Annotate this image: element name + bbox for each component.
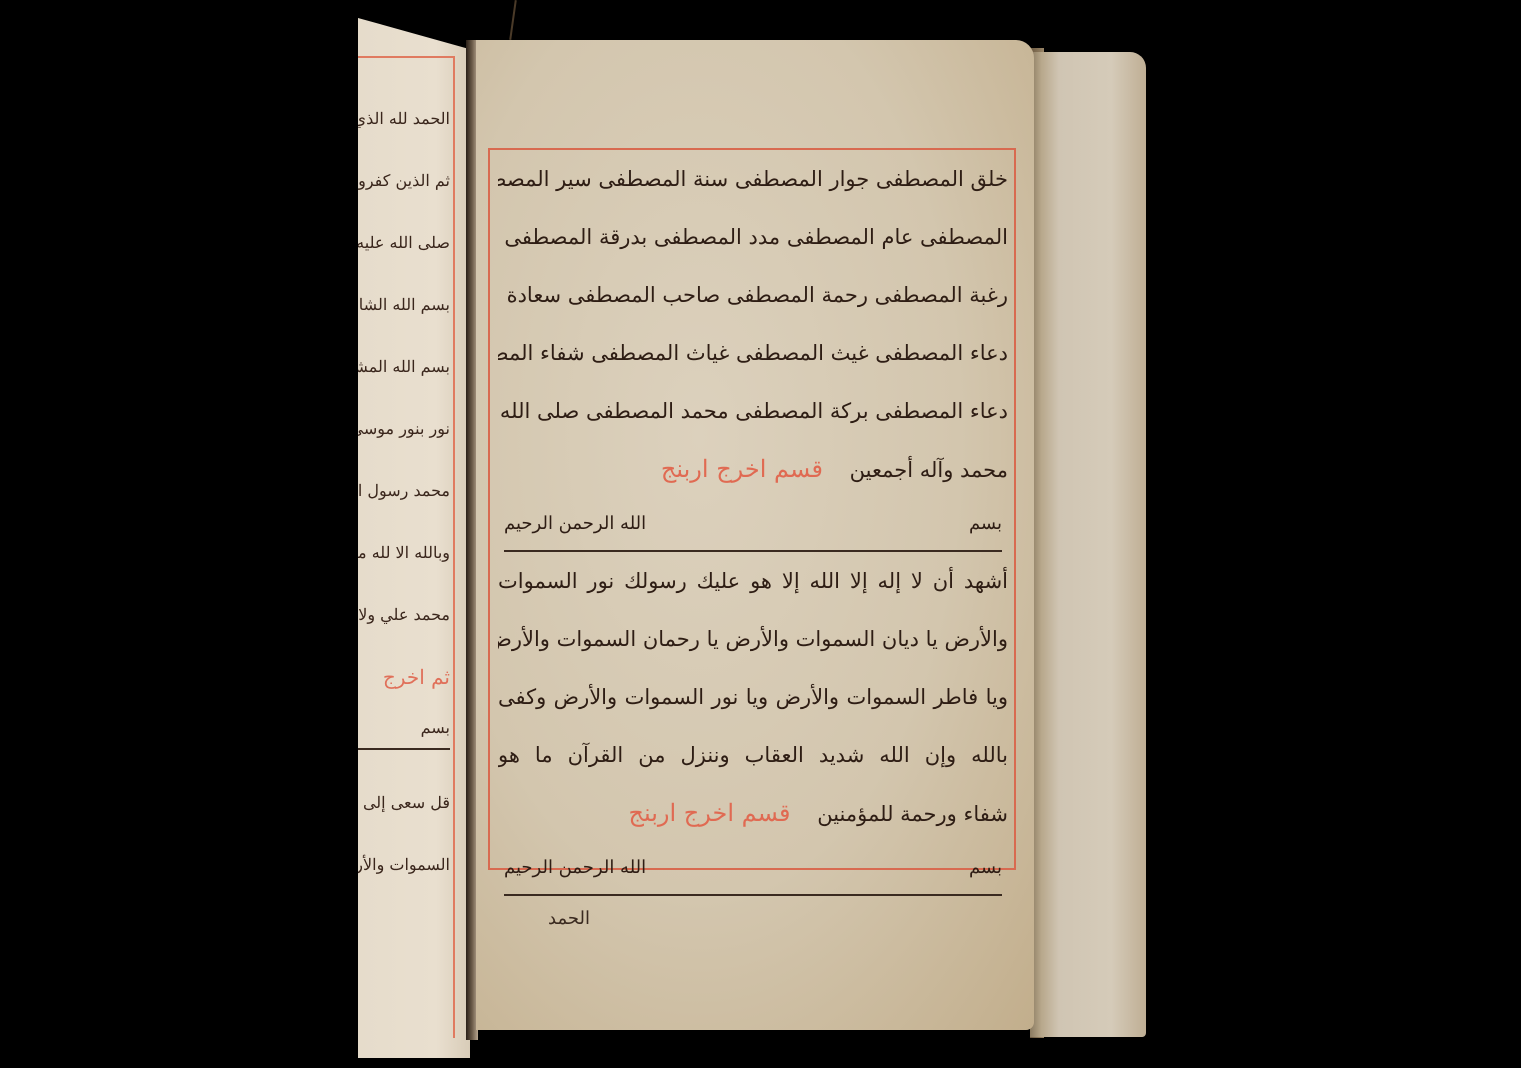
rubric-heading: قسم اخرج اربنج (661, 455, 823, 483)
left-line: بسم الله الشافي بسم (358, 274, 450, 336)
closing-line: محمد وآله أجمعين قسم اخرج اربنج (498, 440, 1008, 498)
text-line: دعاء المصطفى غيث المصطفى غياث المصطفى شف… (498, 324, 1008, 382)
left-line: محمد علي ولا حول ولا (358, 584, 450, 646)
text-line: دعاء المصطفى بركة المصطفى محمد المصطفى ص… (498, 382, 1008, 440)
text-line: خلق المصطفى جوار المصطفى سنة المصطفى سير… (498, 150, 1008, 208)
left-line: الحمد لله الذي خلق السموات (358, 88, 450, 150)
text-line: بالله وإن الله شديد العقاب وننزل من القر… (498, 726, 1008, 784)
left-line: بسم الله المشافي بسم (358, 336, 450, 398)
left-page-text: الحمد لله الذي خلق السموات ثم الذين كفرو… (358, 88, 450, 896)
text-line: ويا فاطر السموات والأرض ويا نور السموات … (498, 668, 1008, 726)
basmala-end: الله الرحمن الرحيم (504, 842, 646, 894)
page-stack (1030, 52, 1146, 1037)
left-line: السموات والأرض (358, 834, 450, 896)
left-line: ثم الذين كفروا بربهم يعدلون (358, 150, 450, 212)
text-line: أشهد أن لا إله إلا الله إلا هو عليك رسول… (498, 552, 1008, 610)
left-manuscript-page: الحمد لله الذي خلق السموات ثم الذين كفرو… (358, 18, 470, 1058)
main-text-block: خلق المصطفى جوار المصطفى سنة المصطفى سير… (498, 150, 1008, 896)
text-line: رغبة المصطفى رحمة المصطفى صاحب المصطفى س… (498, 266, 1008, 324)
basmala-start: بسم (969, 842, 1002, 894)
text-line: والأرض يا ديان السموات والأرض يا رحمان ا… (498, 610, 1008, 668)
left-line: بسم (358, 708, 450, 750)
left-line: صلى الله عليه وسلم ابسم (358, 212, 450, 274)
left-line: وبالله الا لله محمد المصطفى (358, 522, 450, 584)
basmala-line: بسم الله الرحمن الرحيم (504, 498, 1002, 552)
text-line: المصطفى عام المصطفى مدد المصطفى بدرقة ال… (498, 208, 1008, 266)
catchword: الحمد (548, 908, 590, 929)
left-rubric-line: ثم اخرج (358, 646, 450, 708)
basmala-start: بسم (969, 498, 1002, 550)
rubric-heading: قسم اخرج اربنج (629, 799, 791, 827)
closing-text: شفاء ورحمة للمؤمنين (817, 802, 1008, 826)
closing-line: شفاء ورحمة للمؤمنين قسم اخرج اربنج (498, 784, 1008, 842)
closing-text: محمد وآله أجمعين (850, 458, 1008, 482)
left-line: قل سعى إلى انه سمع (358, 772, 450, 834)
basmala-end: الله الرحمن الرحيم (504, 498, 646, 550)
left-line: نور بنور موسى بحق (358, 398, 450, 460)
left-line: محمد رسول الله ولد بسم (358, 460, 450, 522)
basmala-line: بسم الله الرحمن الرحيم (504, 842, 1002, 896)
binding-thread (509, 0, 517, 40)
